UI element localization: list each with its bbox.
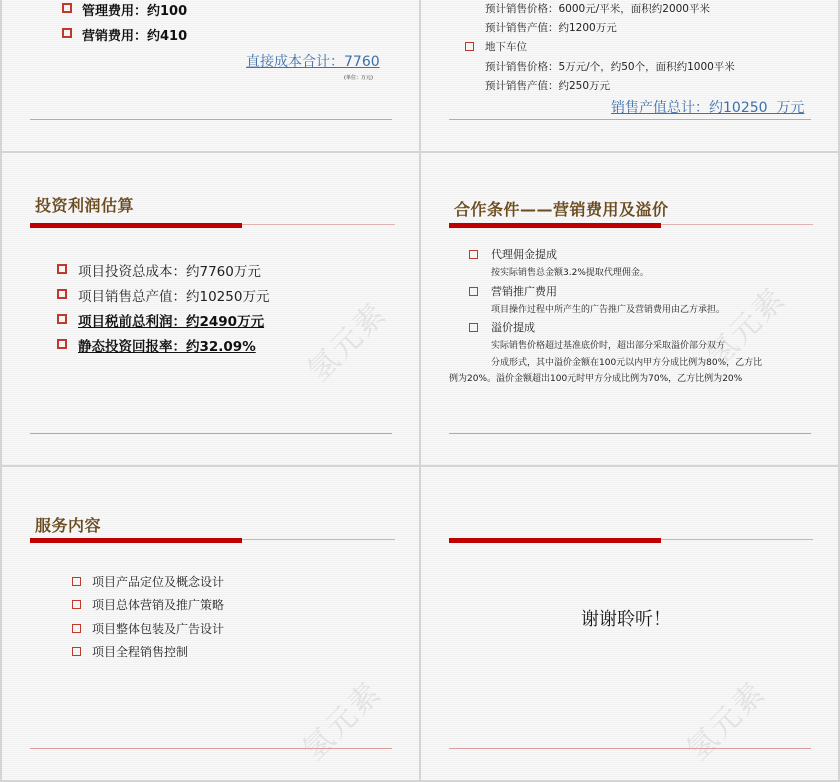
footer-divider: [30, 748, 392, 749]
profit-item-roi: 静态投资回报率：约32.09%: [78, 335, 256, 355]
term-body-marketing: 项目操作过程中所产生的广告推广及营销费用由乙方承担。: [491, 302, 725, 315]
sales-value-total: 销售产值总计：约10250 万元: [611, 97, 804, 117]
checkbox-bullet-icon: [465, 42, 474, 51]
term-body-premium-3: 例为20%。溢价金额超出100元时甲方分成比例为70%，乙方比例为20%: [449, 371, 742, 384]
sales-price-line: 预计销售价格：6000元/平米，面积约2000平米: [485, 1, 710, 16]
slide-investment-profit[interactable]: 投资利润估算 项目投资总成本：约7760万元 项目销售总产值：约10250万元 …: [2, 153, 419, 465]
watermark-text: 氢元素: [296, 291, 395, 390]
parking-value-line: 预计销售产值：约250万元: [485, 78, 610, 93]
checkbox-bullet-icon: [57, 339, 67, 349]
parking-heading: 地下车位: [485, 39, 527, 54]
term-body-premium-1: 实际销售价格超过基准底价时，超出部分采取溢价部分双方: [491, 338, 725, 351]
watermark-text: 氢元素: [291, 670, 390, 769]
footer-divider: [449, 748, 811, 749]
slide-cost-summary[interactable]: 管理费用：约100 营销费用：约410 直接成本合计：7760 (单位：万元): [2, 0, 419, 151]
sales-value-line: 预计销售产值：约1200万元: [485, 20, 617, 35]
slide-cooperation-terms[interactable]: 合作条件——营销费用及溢价 代理佣金提成 按实际销售总金额3.2%提取代理佣金。…: [421, 153, 838, 465]
checkbox-bullet-icon: [62, 3, 72, 13]
title-underline-rule: [661, 224, 813, 225]
cost-item-marketing: 营销费用：约410: [82, 25, 187, 44]
slide-title: 投资利润估算: [35, 193, 134, 216]
title-underline-rule: [242, 539, 395, 540]
slide-title: 合作条件——营销费用及溢价: [454, 197, 669, 220]
checkbox-bullet-icon: [469, 323, 478, 332]
slide-thanks[interactable]: 谢谢聆听！ 氢元素: [421, 467, 838, 780]
slide-title: 服务内容: [35, 513, 101, 536]
term-heading-premium: 溢价提成: [491, 319, 535, 335]
cost-item-management: 管理费用：约100: [82, 0, 187, 19]
profit-item-total-cost: 项目投资总成本：约7760万元: [78, 260, 261, 280]
slide-sales-value[interactable]: 预计销售价格：6000元/平米，面积约2000平米 预计销售产值：约1200万元…: [421, 0, 838, 151]
checkbox-bullet-icon: [469, 287, 478, 296]
watermark-text: 氢元素: [675, 670, 774, 769]
checkbox-bullet-icon: [57, 314, 67, 324]
checkbox-bullet-icon: [62, 28, 72, 38]
footer-divider: [449, 119, 811, 120]
direct-cost-total: 直接成本合计：7760: [246, 51, 380, 71]
title-underline-accent: [449, 223, 661, 228]
checkbox-bullet-icon: [72, 647, 81, 656]
thanks-message: 谢谢聆听！: [581, 605, 671, 631]
title-underline-accent: [30, 223, 242, 228]
service-item-positioning: 项目产品定位及概念设计: [92, 573, 224, 590]
service-item-packaging: 项目整体包装及广告设计: [92, 620, 224, 637]
footer-divider: [449, 433, 811, 434]
slide-services[interactable]: 服务内容 项目产品定位及概念设计 项目总体营销及推广策略 项目整体包装及广告设计…: [2, 467, 419, 780]
checkbox-bullet-icon: [72, 577, 81, 586]
title-underline-rule: [661, 539, 813, 540]
term-heading-commission: 代理佣金提成: [491, 246, 557, 262]
checkbox-bullet-icon: [72, 600, 81, 609]
checkbox-bullet-icon: [57, 264, 67, 274]
footer-divider: [30, 433, 392, 434]
checkbox-bullet-icon: [469, 250, 478, 259]
service-item-marketing: 项目总体营销及推广策略: [92, 596, 224, 613]
service-item-sales-control: 项目全程销售控制: [92, 643, 188, 660]
parking-price-line: 预计销售价格：5万元/个，约50个，面积约1000平米: [485, 59, 735, 74]
checkbox-bullet-icon: [72, 624, 81, 633]
title-underline-accent: [449, 538, 661, 543]
footer-divider: [30, 119, 392, 120]
profit-item-total-sales: 项目销售总产值：约10250万元: [78, 285, 269, 305]
profit-item-pretax-profit: 项目税前总利润：约2490万元: [78, 310, 264, 330]
unit-note: (单位：万元): [344, 74, 373, 81]
title-underline-accent: [30, 538, 242, 543]
title-underline-rule: [242, 224, 395, 225]
checkbox-bullet-icon: [57, 289, 67, 299]
term-body-commission: 按实际销售总金额3.2%提取代理佣金。: [491, 265, 649, 278]
term-heading-marketing: 营销推广费用: [491, 283, 557, 299]
